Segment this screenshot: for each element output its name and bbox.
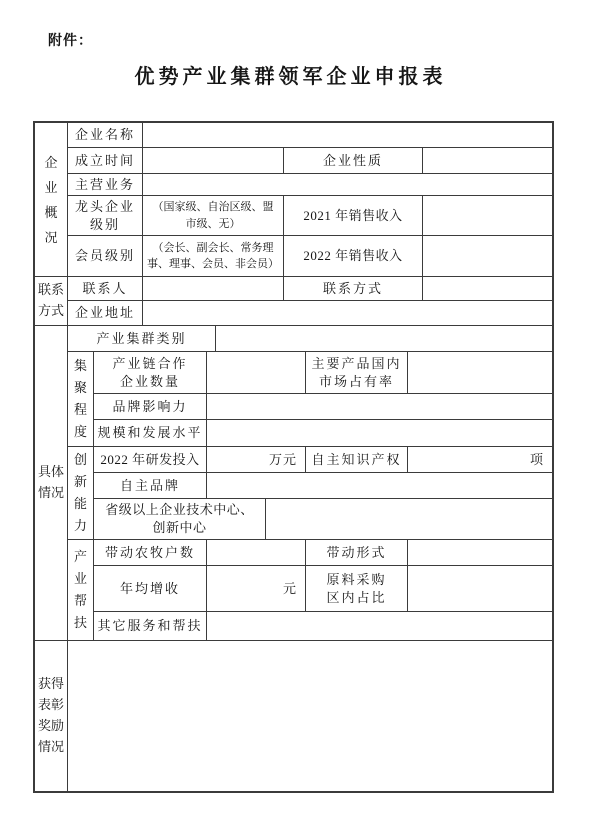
market-share-value	[408, 352, 552, 393]
enterprise-name-value	[143, 123, 552, 147]
row-member-level: 会员级别 （会长、副会长、常务理 事、理事、会员、非会员） 2022 年销售收入	[68, 236, 552, 276]
subsection-industry-support: 产 业 帮 扶 带动农牧户数 带动形式 年均增收 元 原料采购 区内占比	[68, 540, 552, 640]
application-form-table: 企 业 概 况 企业名称 成立时间 企业性质 主营业务 龙头企业 级别	[33, 121, 554, 793]
sales-2022-label: 2022 年销售收入	[284, 236, 423, 276]
main-business-label: 主营业务	[68, 174, 143, 195]
cluster-type-label: 产业集群类别	[68, 326, 216, 351]
row-enterprise-address: 企业地址	[68, 301, 552, 325]
section-awards-label: 获得 表彰 奖励 情况	[35, 641, 68, 791]
sales-2021-label: 2021 年销售收入	[284, 196, 423, 235]
row-own-brand: 自主品牌	[94, 473, 552, 499]
rnd-investment-label: 2022 年研发投入	[94, 447, 207, 472]
row-other-support: 其它服务和帮扶	[94, 612, 552, 640]
tech-center-label: 省级以上企业技术中心、 创新中心	[94, 499, 266, 539]
section-contact-label: 联系 方式	[35, 277, 68, 325]
brand-influence-value	[207, 394, 552, 419]
tech-center-value	[266, 499, 552, 539]
section-detail-label: 具体 情况	[35, 326, 68, 640]
driving-form-value	[408, 540, 552, 565]
row-cluster-type: 产业集群类别	[68, 326, 552, 352]
page-title: 优势产业集群领军企业申报表	[0, 60, 581, 89]
leading-level-label: 龙头企业 级别	[68, 196, 143, 235]
driven-households-value	[207, 540, 306, 565]
enterprise-address-label: 企业地址	[68, 301, 143, 325]
document-page: 附件： 优势产业集群领军企业申报表 企 业 概 况 企业名称 成立时间 企业性质…	[0, 0, 595, 816]
enterprise-name-label: 企业名称	[68, 123, 143, 147]
driven-households-label: 带动农牧户数	[94, 540, 207, 565]
agglomeration-label: 集 聚 程 度	[68, 352, 94, 446]
annual-income-label: 年均增收	[94, 566, 207, 611]
contact-person-label: 联系人	[68, 277, 143, 300]
row-awards	[68, 641, 552, 791]
awards-value	[68, 641, 552, 791]
enterprise-nature-value	[423, 148, 552, 173]
subsection-agglomeration: 集 聚 程 度 产业链合作 企业数量 主要产品国内 市场占有率 品牌影响力	[68, 352, 552, 447]
chain-cooperation-value	[207, 352, 306, 393]
row-main-business: 主营业务	[68, 174, 552, 196]
row-brand-influence: 品牌影响力	[94, 394, 552, 420]
row-scale-development: 规模和发展水平	[94, 420, 552, 446]
sales-2021-value	[423, 196, 552, 235]
industry-support-label: 产 业 帮 扶	[68, 540, 94, 640]
section-awards: 获得 表彰 奖励 情况	[35, 641, 552, 791]
market-share-label: 主要产品国内 市场占有率	[306, 352, 408, 393]
section-enterprise-overview: 企 业 概 况 企业名称 成立时间 企业性质 主营业务 龙头企业 级别	[35, 123, 552, 277]
scale-development-value	[207, 420, 552, 446]
annual-income-value-unit: 元	[207, 566, 306, 611]
raw-material-ratio-value	[408, 566, 552, 611]
enterprise-address-value	[143, 301, 552, 325]
row-contact-person: 联系人 联系方式	[68, 277, 552, 301]
contact-method-label: 联系方式	[284, 277, 423, 300]
raw-material-ratio-label: 原料采购 区内占比	[306, 566, 408, 611]
row-enterprise-name: 企业名称	[68, 123, 552, 148]
founded-date-label: 成立时间	[68, 148, 143, 173]
attachment-label: 附件：	[48, 30, 93, 50]
chain-cooperation-label: 产业链合作 企业数量	[94, 352, 207, 393]
contact-method-value	[423, 277, 552, 300]
other-support-value	[207, 612, 552, 640]
row-leading-enterprise-level: 龙头企业 级别 （国家级、自治区级、盟 市级、无） 2021 年销售收入	[68, 196, 552, 236]
enterprise-nature-label: 企业性质	[284, 148, 423, 173]
main-business-value	[143, 174, 552, 195]
other-support-label: 其它服务和帮扶	[94, 612, 207, 640]
member-level-label: 会员级别	[68, 236, 143, 276]
subsection-innovation: 创 新 能 力 2022 年研发投入 万元 自主知识产权 项 自主品牌	[68, 447, 552, 540]
row-annual-income-increase: 年均增收 元 原料采购 区内占比	[94, 566, 552, 612]
ip-label: 自主知识产权	[306, 447, 408, 472]
row-founded-date: 成立时间 企业性质	[68, 148, 552, 174]
section-overview-label: 企 业 概 况	[35, 123, 68, 276]
sales-2022-value	[423, 236, 552, 276]
row-chain-cooperation: 产业链合作 企业数量 主要产品国内 市场占有率	[94, 352, 552, 394]
contact-person-value	[143, 277, 284, 300]
brand-influence-label: 品牌影响力	[94, 394, 207, 419]
row-driven-households: 带动农牧户数 带动形式	[94, 540, 552, 566]
driving-form-label: 带动形式	[306, 540, 408, 565]
row-tech-center: 省级以上企业技术中心、 创新中心	[94, 499, 552, 539]
own-brand-value	[207, 473, 552, 498]
own-brand-label: 自主品牌	[94, 473, 207, 498]
innovation-label: 创 新 能 力	[68, 447, 94, 539]
rnd-investment-value-unit: 万元	[207, 447, 306, 472]
scale-development-label: 规模和发展水平	[94, 420, 207, 446]
cluster-type-value	[216, 326, 552, 351]
row-rnd-investment: 2022 年研发投入 万元 自主知识产权 项	[94, 447, 552, 473]
leading-level-options: （国家级、自治区级、盟 市级、无）	[143, 196, 284, 235]
founded-date-value	[143, 148, 284, 173]
section-contact: 联系 方式 联系人 联系方式 企业地址	[35, 277, 552, 326]
section-detail: 具体 情况 产业集群类别 集 聚 程 度 产业链合作 企业数量 主要产品国内 市…	[35, 326, 552, 641]
ip-value-unit: 项	[408, 447, 552, 472]
member-level-options: （会长、副会长、常务理 事、理事、会员、非会员）	[143, 236, 284, 276]
